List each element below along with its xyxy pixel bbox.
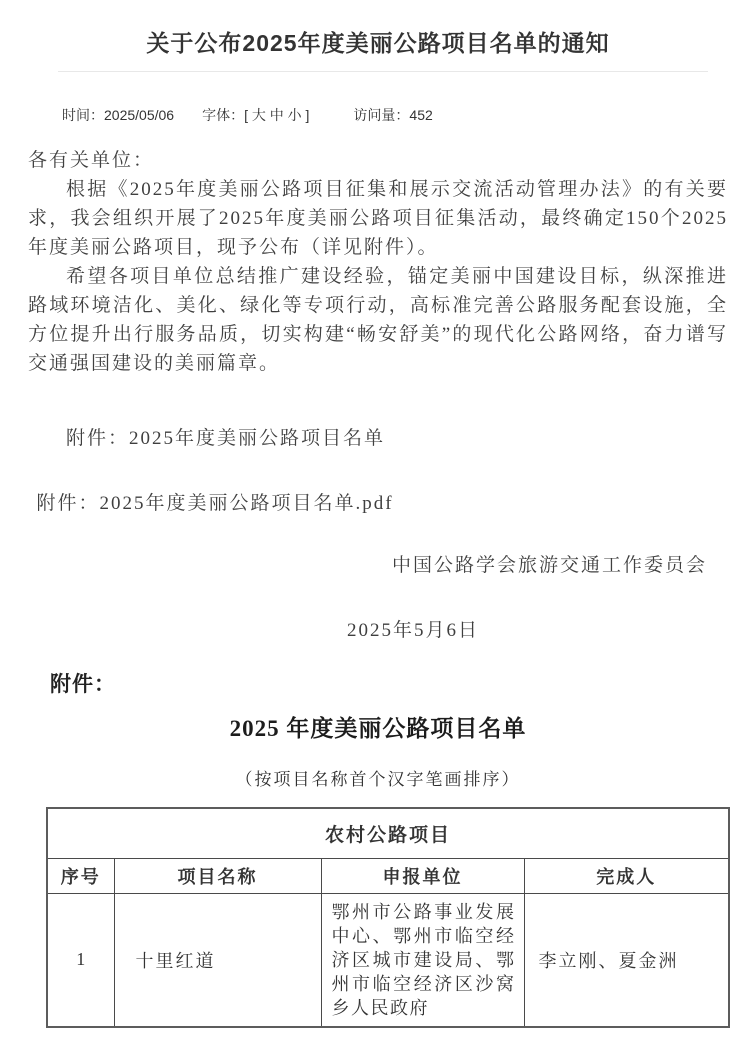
salutation: 各有关单位： — [28, 146, 728, 175]
column-header-people: 完成人 — [524, 858, 729, 893]
meta-row: 时间：2025/05/06 字体：[ 大 中 小 ] 访问量：452 — [62, 105, 756, 125]
font-size-controls[interactable]: [ 大 中 小 ] — [244, 107, 309, 123]
column-header-org: 申报单位 — [321, 858, 524, 893]
page-title: 关于公布2025年度美丽公路项目名单的通知 — [0, 0, 756, 58]
row-cell-people: 李立刚、夏金洲 — [524, 893, 729, 1027]
table-column-header-row: 序号 项目名称 申报单位 完成人 — [47, 858, 729, 893]
appendix-label: 附件： — [50, 668, 756, 698]
font-size-label: 字体： — [202, 107, 244, 123]
visit-count: 访问量：452 — [353, 105, 432, 125]
font-size-switcher[interactable]: 字体：[ 大 中 小 ] — [202, 105, 309, 125]
publish-time: 时间：2025/05/06 — [62, 105, 174, 125]
column-header-name: 项目名称 — [114, 858, 321, 893]
sign-date: 2025年5月6日 — [28, 616, 728, 645]
paragraph-1: 根据《2025年度美丽公路项目征集和展示交流活动管理办法》的有关要求，我会组织开… — [28, 175, 728, 262]
paragraph-2: 希望各项目单位总结推广建设经验，锚定美丽中国建设目标，纵深推进路域环境洁化、美化… — [28, 262, 728, 378]
visit-count-value: 452 — [409, 107, 432, 123]
row-cell-org: 鄂州市公路事业发展中心、鄂州市临空经济区城市建设局、鄂州市临空经济区沙窝乡人民政… — [321, 893, 524, 1027]
notice-body: 各有关单位： 根据《2025年度美丽公路项目征集和展示交流活动管理办法》的有关要… — [28, 146, 728, 645]
appendix-subtitle: （按项目名称首个汉字笔画排序） — [0, 765, 756, 790]
row-cell-name: 十里红道 — [114, 893, 321, 1027]
project-table: 农村公路项目 序号 项目名称 申报单位 完成人 1 十里红道 鄂州市公路事业发展… — [46, 807, 730, 1028]
column-header-no: 序号 — [47, 858, 114, 893]
table-row: 1 十里红道 鄂州市公路事业发展中心、鄂州市临空经济区城市建设局、鄂州市临空经济… — [47, 893, 729, 1027]
publish-time-label: 时间： — [62, 107, 104, 123]
title-separator — [58, 71, 708, 72]
signer-name: 中国公路学会旅游交通工作委员会 — [28, 551, 728, 580]
attachment-pdf-link[interactable]: 附件：2025年度美丽公路项目名单.pdf — [28, 489, 728, 518]
appendix-title: 2025 年度美丽公路项目名单 — [0, 714, 756, 744]
visit-count-label: 访问量： — [353, 107, 409, 123]
table-group-header: 农村公路项目 — [47, 808, 729, 858]
table-group-header-row: 农村公路项目 — [47, 808, 729, 858]
publish-time-value: 2025/05/06 — [104, 107, 174, 123]
row-cell-no: 1 — [47, 893, 114, 1027]
attachment-note: 附件：2025年度美丽公路项目名单 — [28, 424, 728, 453]
